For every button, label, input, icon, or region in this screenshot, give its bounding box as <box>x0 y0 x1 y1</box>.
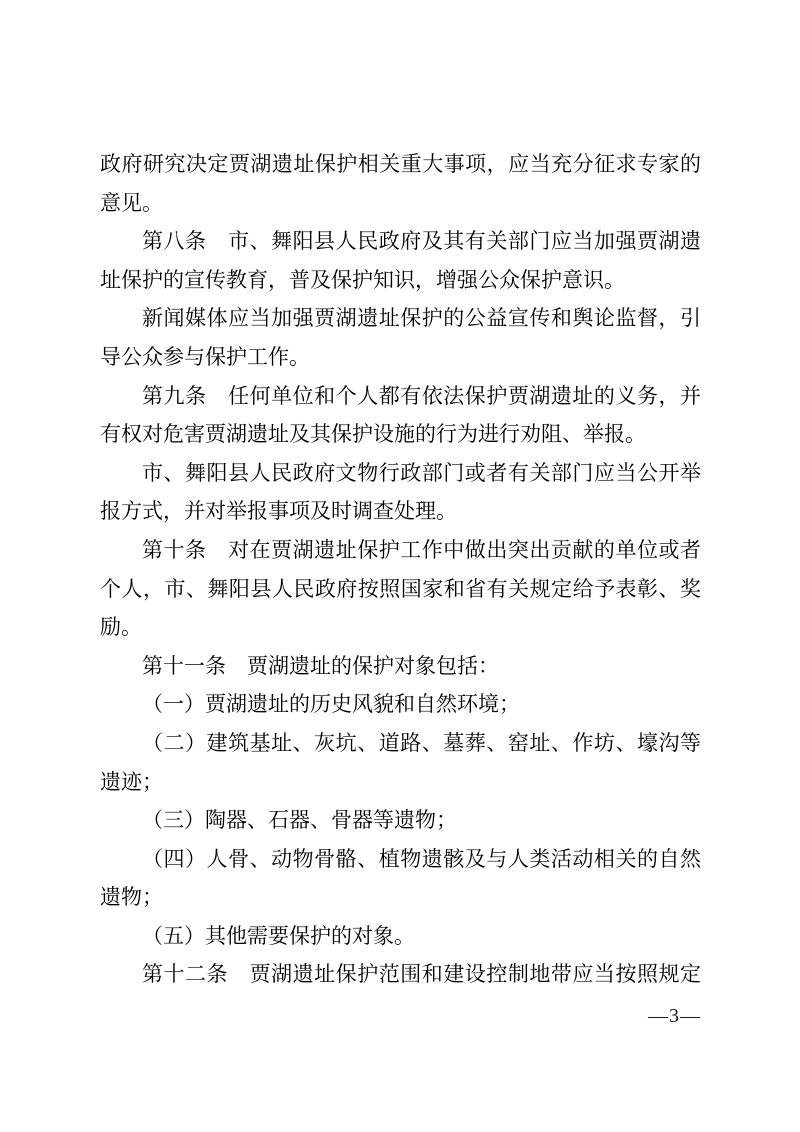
text-line: 遗物； <box>100 879 701 918</box>
document-body: 政府研究决定贾湖遗址保护相关重大事项，应当充分征求专家的意见。第八条 市、舞阳县… <box>100 146 701 995</box>
text-line: （三）陶器、石器、骨器等遗物； <box>100 802 701 841</box>
text-line: 励。 <box>100 609 701 648</box>
text-line: 导公众参与保护工作。 <box>100 339 701 378</box>
text-line: 个人，市、舞阳县人民政府按照国家和省有关规定给予表彰、奖 <box>100 571 701 610</box>
text-line: 新闻媒体应当加强贾湖遗址保护的公益宣传和舆论监督，引 <box>100 300 701 339</box>
document-page: 政府研究决定贾湖遗址保护相关重大事项，应当充分征求专家的意见。第八条 市、舞阳县… <box>0 0 800 1132</box>
text-line: 第十一条 贾湖遗址的保护对象包括： <box>100 648 701 687</box>
text-line: 址保护的宣传教育，普及保护知识，增强公众保护意识。 <box>100 262 701 301</box>
text-line: 第十二条 贾湖遗址保护范围和建设控制地带应当按照规定 <box>100 956 701 995</box>
text-line: （一）贾湖遗址的历史风貌和自然环境； <box>100 686 701 725</box>
text-line: 第九条 任何单位和个人都有依法保护贾湖遗址的义务，并 <box>100 378 701 417</box>
text-line: 第八条 市、舞阳县人民政府及其有关部门应当加强贾湖遗 <box>100 223 701 262</box>
page-number: —3— <box>648 1003 701 1029</box>
text-line: （四）人骨、动物骨骼、植物遗骸及与人类活动相关的自然 <box>100 841 701 880</box>
text-line: 报方式，并对举报事项及时调查处理。 <box>100 493 701 532</box>
text-line: 市、舞阳县人民政府文物行政部门或者有关部门应当公开举 <box>100 455 701 494</box>
text-line: 意见。 <box>100 185 701 224</box>
text-line: 有权对危害贾湖遗址及其保护设施的行为进行劝阻、举报。 <box>100 416 701 455</box>
text-line: 政府研究决定贾湖遗址保护相关重大事项，应当充分征求专家的 <box>100 146 701 185</box>
text-line: （二）建筑基址、灰坑、道路、墓葬、窑址、作坊、壕沟等 <box>100 725 701 764</box>
text-line: 遗迹； <box>100 764 701 803</box>
text-line: （五）其他需要保护的对象。 <box>100 918 701 957</box>
text-line: 第十条 对在贾湖遗址保护工作中做出突出贡献的单位或者 <box>100 532 701 571</box>
